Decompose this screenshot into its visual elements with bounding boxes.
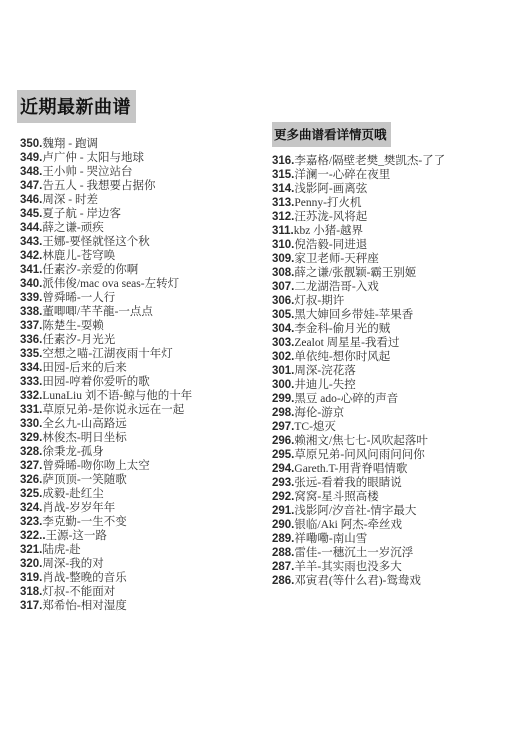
song-number: 314.	[272, 183, 294, 195]
song-number: 340.	[20, 278, 42, 290]
song-title: 王源-这一路	[46, 530, 107, 542]
song-title: 汪苏泷-风将起	[294, 211, 367, 223]
song-item[interactable]: 316.李嘉格/隔壁老樊_樊凯杰-了了	[272, 154, 524, 168]
song-title: 陆虎-赴	[42, 544, 80, 556]
song-number: 317.	[20, 600, 42, 612]
song-item[interactable]: 348.王小帅 - 哭泣站台	[20, 165, 270, 179]
song-number: 307.	[272, 281, 294, 293]
song-number: 295.	[272, 449, 294, 461]
song-title: Gareth.T-用背脊唱情歌	[294, 463, 407, 475]
song-item[interactable]: 288.雷佳-一穗沉土一岁沉浮	[272, 546, 524, 560]
song-number: 337.	[20, 320, 42, 332]
song-item[interactable]: 320.周深-我的对	[20, 557, 270, 571]
song-item[interactable]: 301.周深-浣花落	[272, 364, 524, 378]
song-title: 郑希怡-相对湿度	[42, 600, 126, 612]
song-number: 294.	[272, 463, 294, 475]
song-title: 海伦-游京	[294, 407, 344, 419]
song-item[interactable]: 346.周深 - 时差	[20, 193, 270, 207]
song-number: 304.	[272, 323, 294, 335]
song-item[interactable]: 319.肖战-整晚的音乐	[20, 571, 270, 585]
song-title: 任素汐-亲爱的你啊	[42, 264, 138, 276]
song-title: 卢广仲 - 太阳与地球	[42, 152, 144, 164]
page-title: 近期最新曲谱	[17, 90, 136, 123]
song-number: 346.	[20, 194, 42, 206]
song-title: 草原兄弟-是你说永远在一起	[42, 404, 184, 416]
song-item[interactable]: 307.二龙湖浩哥-入戏	[272, 280, 524, 294]
song-number: 347.	[20, 180, 42, 192]
song-title: 全幺九-山高路远	[42, 418, 126, 430]
song-item[interactable]: 344.薛之谦-顽疾	[20, 221, 270, 235]
song-title: 李克勤-一生不变	[42, 516, 126, 528]
song-title: 二龙湖浩哥-入戏	[294, 281, 378, 293]
song-title: kbz 小猪-越界	[294, 225, 363, 237]
song-number: 300.	[272, 379, 294, 391]
song-number: 326.	[20, 474, 42, 486]
song-number: 312.	[272, 211, 294, 223]
song-number: 324.	[20, 502, 42, 514]
song-title: 林鹿儿-苍穹唤	[42, 250, 115, 262]
song-item[interactable]: 324.肖战-岁岁年年	[20, 501, 270, 515]
song-title: 草原兄弟-问风问雨问问你	[294, 449, 424, 461]
song-title: 家卫老师-天秤座	[294, 253, 378, 265]
song-number: 321.	[20, 544, 42, 556]
song-item[interactable]: 325.成毅-赴红尘	[20, 487, 270, 501]
song-item[interactable]: 336.任素汐-月光光	[20, 333, 270, 347]
song-number: 289.	[272, 533, 294, 545]
song-title: 李金科-偷月光的贼	[294, 323, 390, 335]
song-number: 293.	[272, 477, 294, 489]
song-title: 成毅-赴红尘	[42, 488, 103, 500]
song-item[interactable]: 313.Penny-打火机	[272, 196, 524, 210]
song-title: 田园-哼着你爱听的歌	[42, 376, 149, 388]
song-number: 322..	[20, 530, 46, 542]
song-title: 祥嘞嘞-南山雪	[294, 533, 367, 545]
song-item[interactable]: 321.陆虎-赴	[20, 543, 270, 557]
more-songs-header: 更多曲谱看详情页哦	[272, 122, 391, 147]
song-item[interactable]: 335.空想之喵-江湖夜雨十年灯	[20, 347, 270, 361]
song-number: 330.	[20, 418, 42, 430]
song-number: 311.	[272, 225, 294, 237]
song-item[interactable]: 290.银临/Aki 阿杰-牵丝戏	[272, 518, 524, 532]
song-item[interactable]: 337.陈楚生-耍赖	[20, 319, 270, 333]
song-number: 335.	[20, 348, 42, 360]
song-item[interactable]: 295.草原兄弟-问风问雨问问你	[272, 448, 524, 462]
song-item[interactable]: 311.kbz 小猪-越界	[272, 224, 524, 238]
song-number: 349.	[20, 152, 42, 164]
song-title: Zealot 周星星-我看过	[294, 337, 399, 349]
song-number: 298.	[272, 407, 294, 419]
song-title: 告五人 - 我想要占据你	[42, 180, 155, 192]
song-number: 332.	[20, 390, 42, 402]
song-title: 派伟俊/mac ova seas-左转灯	[42, 278, 179, 290]
song-item[interactable]: 332.LunaLiu 刘不语-鲸与他的十年	[20, 389, 270, 403]
song-number: 341.	[20, 264, 42, 276]
song-title: 窝窝-星斗照高楼	[294, 491, 378, 503]
song-item[interactable]: 323.李克勤-一生不变	[20, 515, 270, 529]
song-number: 286.	[272, 575, 294, 587]
song-item[interactable]: 314.浅影阿-画离弦	[272, 182, 524, 196]
song-item[interactable]: 349.卢广仲 - 太阳与地球	[20, 151, 270, 165]
song-number: 342.	[20, 250, 42, 262]
song-item[interactable]: 327.曾舜晞-吻你吻上太空	[20, 459, 270, 473]
song-item[interactable]: 326.萨顶顶-一笑随歌	[20, 473, 270, 487]
song-title: 夏子航 - 岸边客	[42, 208, 121, 220]
song-title: 洋澜一-心碎在夜里	[294, 169, 390, 181]
song-item[interactable]: 302.单依纯-想你时风起	[272, 350, 524, 364]
song-title: 曾舜晞-吻你吻上太空	[42, 460, 149, 472]
song-item[interactable]: 318.灯叔-不能面对	[20, 585, 270, 599]
song-number: 331.	[20, 404, 42, 416]
song-item[interactable]: 350.魏翔 - 跑调	[20, 137, 270, 151]
song-title: 雷佳-一穗沉土一岁沉浮	[294, 547, 413, 559]
song-title: Penny-打火机	[294, 197, 361, 209]
song-item[interactable]: 315.洋澜一-心碎在夜里	[272, 168, 524, 182]
song-title: 林俊杰-明日坐标	[42, 432, 126, 444]
song-title: 张远-看着我的眼睛说	[294, 477, 401, 489]
song-item[interactable]: 292.窝窝-星斗照高楼	[272, 490, 524, 504]
song-number: 287.	[272, 561, 294, 573]
song-item[interactable]: 289.祥嘞嘞-南山雪	[272, 532, 524, 546]
song-item[interactable]: 298.海伦-游京	[272, 406, 524, 420]
song-number: 334.	[20, 362, 42, 374]
song-item[interactable]: 287.羊羊-其实雨也没多大	[272, 560, 524, 574]
song-item[interactable]: 304.李金科-偷月光的贼	[272, 322, 524, 336]
song-title: 任素汐-月光光	[42, 334, 115, 346]
song-item[interactable]: 341.任素汐-亲爱的你啊	[20, 263, 270, 277]
song-number: 315.	[272, 169, 294, 181]
song-item[interactable]: 291.浅影阿/汐音社-情字最大	[272, 504, 524, 518]
song-number: 310.	[272, 239, 294, 251]
song-number: 313.	[272, 197, 294, 209]
song-number: 345.	[20, 208, 42, 220]
song-title: 周深-浣花落	[294, 365, 355, 377]
song-title: TC-熄灭	[294, 421, 336, 433]
song-title: 肖战-整晚的音乐	[42, 572, 126, 584]
song-number: 348.	[20, 166, 42, 178]
song-item[interactable]: 310.倪浩毅-同进退	[272, 238, 524, 252]
song-title: 井迪儿-失控	[294, 379, 355, 391]
song-title: 黑大婶回乡带娃-苹果香	[294, 309, 413, 321]
song-title: 曾舜晞-一人行	[42, 292, 115, 304]
song-number: 291.	[272, 505, 294, 517]
song-title: 羊羊-其实雨也没多大	[294, 561, 401, 573]
song-title: 空想之喵-江湖夜雨十年灯	[42, 348, 172, 360]
song-item[interactable]: 297.TC-熄灭	[272, 420, 524, 434]
song-number: 344.	[20, 222, 42, 234]
song-item[interactable]: 334.田园-后来的后来	[20, 361, 270, 375]
song-number: 299.	[272, 393, 294, 405]
song-item[interactable]: 338.董唧唧/芊芊龍-一点点	[20, 305, 270, 319]
song-number: 339.	[20, 292, 42, 304]
more-songs-list: 316.李嘉格/隔壁老樊_樊凯杰-了了315.洋澜一-心碎在夜里314.浅影阿-…	[272, 154, 524, 588]
song-item[interactable]: 342.林鹿儿-苍穹唤	[20, 249, 270, 263]
song-item[interactable]: 296.赖湘文/焦七七-风吹起落叶	[272, 434, 524, 448]
song-title: 薛之谦/张靓颖-霸王别姬	[294, 267, 416, 279]
song-number: 296.	[272, 435, 294, 447]
song-title: 薛之谦-顽疾	[42, 222, 103, 234]
song-item[interactable]: 294.Gareth.T-用背脊唱情歌	[272, 462, 524, 476]
song-number: 302.	[272, 351, 294, 363]
page: 近期最新曲谱 350.魏翔 - 跑调349.卢广仲 - 太阳与地球348.王小帅…	[0, 0, 530, 750]
song-number: 327.	[20, 460, 42, 472]
song-number: 318.	[20, 586, 42, 598]
song-item[interactable]: 293.张远-看着我的眼睛说	[272, 476, 524, 490]
song-item[interactable]: 303.Zealot 周星星-我看过	[272, 336, 524, 350]
song-number: 306.	[272, 295, 294, 307]
song-number: 288.	[272, 547, 294, 559]
song-item[interactable]: 309.家卫老师-天秤座	[272, 252, 524, 266]
song-number: 328.	[20, 446, 42, 458]
song-title: 陈楚生-耍赖	[42, 320, 103, 332]
song-number: 325.	[20, 488, 42, 500]
song-title: 邓寅君(等什么君)-鸳鸯戏	[294, 575, 421, 587]
song-number: 333.	[20, 376, 42, 388]
song-title: 董唧唧/芊芊龍-一点点	[42, 306, 153, 318]
song-number: 297.	[272, 421, 294, 433]
song-title: 王娜-要怪就怪这个秋	[42, 236, 149, 248]
song-number: 323.	[20, 516, 42, 528]
song-item[interactable]: 329.林俊杰-明日坐标	[20, 431, 270, 445]
song-number: 316.	[272, 155, 294, 167]
song-number: 290.	[272, 519, 294, 531]
song-title: 周深 - 时差	[42, 194, 98, 206]
song-number: 301.	[272, 365, 294, 377]
song-item[interactable]: 333.田园-哼着你爱听的歌	[20, 375, 270, 389]
song-title: 灯叔-不能面对	[42, 586, 115, 598]
song-title: 浅影阿/汐音社-情字最大	[294, 505, 416, 517]
song-number: 319.	[20, 572, 42, 584]
song-item[interactable]: 306.灯叔-期许	[272, 294, 524, 308]
song-number: 336.	[20, 334, 42, 346]
song-number: 308.	[272, 267, 294, 279]
song-title: 魏翔 - 跑调	[42, 138, 98, 150]
song-number: 350.	[20, 138, 42, 150]
song-number: 329.	[20, 432, 42, 444]
song-title: 单依纯-想你时风起	[294, 351, 390, 363]
song-item[interactable]: 345.夏子航 - 岸边客	[20, 207, 270, 221]
recent-songs-list: 350.魏翔 - 跑调349.卢广仲 - 太阳与地球348.王小帅 - 哭泣站台…	[20, 137, 270, 613]
song-title: 肖战-岁岁年年	[42, 502, 115, 514]
song-item[interactable]: 339.曾舜晞-一人行	[20, 291, 270, 305]
song-item[interactable]: 308.薛之谦/张靓颖-霸王别姬	[272, 266, 524, 280]
song-title: 李嘉格/隔壁老樊_樊凯杰-了了	[294, 155, 445, 167]
song-number: 320.	[20, 558, 42, 570]
song-item[interactable]: 343.王娜-要怪就怪这个秋	[20, 235, 270, 249]
song-item[interactable]: 340.派伟俊/mac ova seas-左转灯	[20, 277, 270, 291]
song-item[interactable]: 328.徐秉龙-孤身	[20, 445, 270, 459]
song-item[interactable]: 286.邓寅君(等什么君)-鸳鸯戏	[272, 574, 524, 588]
song-item[interactable]: 305.黑大婶回乡带娃-苹果香	[272, 308, 524, 322]
song-item[interactable]: 299.黑豆 ado-心碎的声音	[272, 392, 524, 406]
song-title: 浅影阿-画离弦	[294, 183, 367, 195]
song-title: 萨顶顶-一笑随歌	[42, 474, 126, 486]
song-title: 银临/Aki 阿杰-牵丝戏	[294, 519, 402, 531]
song-number: 338.	[20, 306, 42, 318]
song-number: 343.	[20, 236, 42, 248]
song-title: 黑豆 ado-心碎的声音	[294, 393, 398, 405]
song-title: 倪浩毅-同进退	[294, 239, 367, 251]
song-title: 田园-后来的后来	[42, 362, 126, 374]
song-item[interactable]: 322..王源-这一路	[20, 529, 270, 543]
song-number: 305.	[272, 309, 294, 321]
song-title: 赖湘文/焦七七-风吹起落叶	[294, 435, 428, 447]
song-item[interactable]: 312.汪苏泷-风将起	[272, 210, 524, 224]
song-number: 292.	[272, 491, 294, 503]
song-title: 周深-我的对	[42, 558, 103, 570]
song-item[interactable]: 331.草原兄弟-是你说永远在一起	[20, 403, 270, 417]
song-item[interactable]: 300.井迪儿-失控	[272, 378, 524, 392]
song-title: 灯叔-期许	[294, 295, 344, 307]
right-column: 更多曲谱看详情页哦 316.李嘉格/隔壁老樊_樊凯杰-了了315.洋澜一-心碎在…	[272, 122, 524, 588]
song-item[interactable]: 317.郑希怡-相对湿度	[20, 599, 270, 613]
song-item[interactable]: 330.全幺九-山高路远	[20, 417, 270, 431]
song-title: 王小帅 - 哭泣站台	[42, 166, 132, 178]
song-title: LunaLiu 刘不语-鲸与他的十年	[42, 390, 192, 402]
song-title: 徐秉龙-孤身	[42, 446, 103, 458]
song-number: 309.	[272, 253, 294, 265]
song-item[interactable]: 347.告五人 - 我想要占据你	[20, 179, 270, 193]
song-number: 303.	[272, 337, 294, 349]
